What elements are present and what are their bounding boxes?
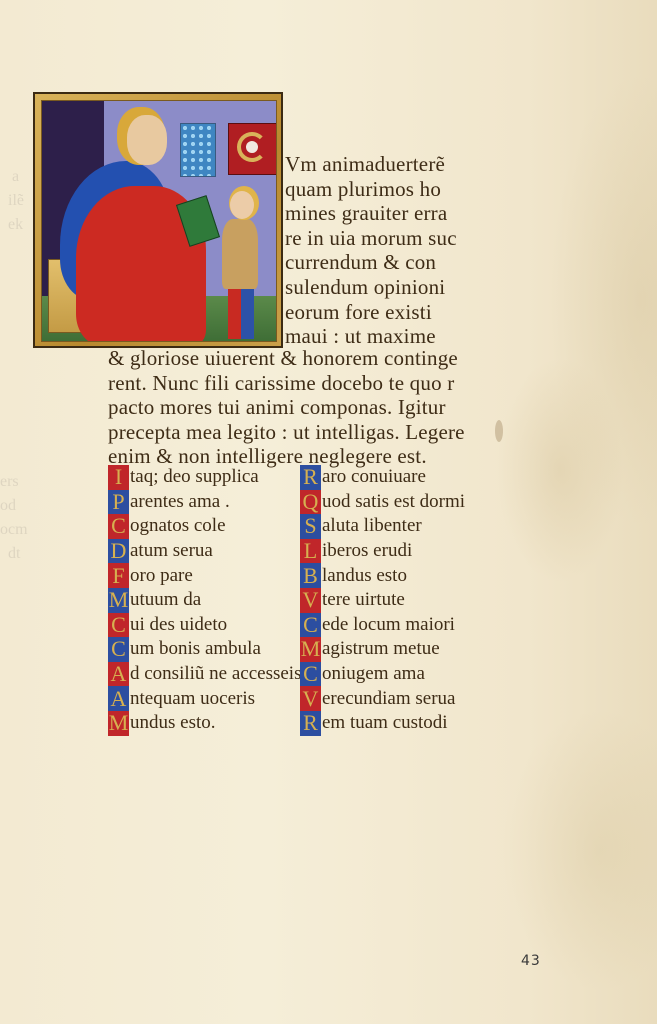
decorated-initial: C bbox=[300, 613, 321, 638]
maxim-line: Blandus esto bbox=[300, 563, 465, 588]
maxim-text: taq; deo supplica bbox=[130, 466, 259, 488]
maxims-left-column: Itaq; deo supplica Parentes ama . Cognat… bbox=[108, 465, 301, 736]
bleed-through-text: ers od ocm dt bbox=[0, 470, 28, 566]
maxim-line: Quod satis est dormi bbox=[300, 490, 465, 515]
folio-number: 43 bbox=[521, 953, 541, 969]
maxim-text: um bonis ambula bbox=[130, 638, 261, 660]
child-legs bbox=[228, 289, 254, 339]
maxim-line: Cui des uideto bbox=[108, 613, 301, 638]
decorated-initial: V bbox=[300, 686, 321, 711]
text-line: rent. Nunc fili carissime docebo te quo … bbox=[108, 371, 465, 396]
text-line: mines grauiter erra bbox=[285, 201, 457, 226]
maxim-line: Cognatos cole bbox=[108, 514, 301, 539]
text-line: precepta mea legito : ut intelligas. Leg… bbox=[108, 420, 465, 445]
decorated-initial: S bbox=[300, 514, 321, 539]
decorated-initial: M bbox=[108, 711, 129, 736]
maxim-text: aro conuiuare bbox=[322, 466, 426, 488]
child-tunic bbox=[222, 219, 258, 289]
teacher-laureate-head bbox=[127, 115, 167, 165]
child-head bbox=[230, 191, 254, 219]
text-line: & gloriose uiuerent & honorem continge bbox=[108, 346, 465, 371]
maxim-line: Coniugem ama bbox=[300, 662, 465, 687]
maxim-line: Raro conuiuare bbox=[300, 465, 465, 490]
maxim-text: oro pare bbox=[130, 565, 193, 587]
decorated-initial: C bbox=[300, 662, 321, 687]
maxim-text: agistrum metue bbox=[322, 638, 440, 660]
maxim-text: iberos erudi bbox=[322, 540, 412, 562]
maxim-text: undus esto. bbox=[130, 712, 216, 734]
manuscript-page: a ilẽ ek ers od ocm dt Vm animaduerterẽ … bbox=[0, 0, 657, 1024]
maxim-text: landus esto bbox=[322, 565, 407, 587]
maxim-text: ntequam uoceris bbox=[130, 688, 255, 710]
maxim-text: ede locum maiori bbox=[322, 614, 455, 636]
decorated-initial: C bbox=[108, 514, 129, 539]
lattice-window bbox=[180, 123, 216, 177]
text-line: re in uia morum suc bbox=[285, 226, 457, 251]
maxim-text: erecundiam serua bbox=[322, 688, 455, 710]
maxim-text: utuum da bbox=[130, 589, 201, 611]
maxim-text: oniugem ama bbox=[322, 663, 425, 685]
decorated-initial: A bbox=[108, 686, 129, 711]
decorated-initial: R bbox=[300, 711, 321, 736]
intro-text-full-width: & gloriose uiuerent & honorem continge r… bbox=[108, 346, 465, 469]
parchment-stain bbox=[495, 420, 503, 442]
decorated-initial: C bbox=[108, 613, 129, 638]
maxim-line: Parentes ama . bbox=[108, 490, 301, 515]
intro-text-beside-miniature: Vm animaduerterẽ quam plurimos ho mines … bbox=[285, 152, 457, 349]
maxim-line: Antequam uoceris bbox=[108, 686, 301, 711]
decorated-initial: R bbox=[300, 465, 321, 490]
decorated-initial: M bbox=[300, 637, 321, 662]
text-line: Vm animaduerterẽ bbox=[285, 152, 457, 177]
maxim-line: Verecundiam serua bbox=[300, 686, 465, 711]
decorated-initial: P bbox=[108, 490, 129, 515]
maxim-line: Datum serua bbox=[108, 539, 301, 564]
maxim-line: Ad consiliũ ne accesseis bbox=[108, 662, 301, 687]
maxim-text: ognatos cole bbox=[130, 515, 226, 537]
maxim-text: tere uirtute bbox=[322, 589, 405, 611]
maxim-line: Vtere uirtute bbox=[300, 588, 465, 613]
maxim-text: uod satis est dormi bbox=[322, 491, 465, 513]
maxim-text: arentes ama . bbox=[130, 491, 230, 513]
maxim-text: atum serua bbox=[130, 540, 213, 562]
maxim-text: aluta libenter bbox=[322, 515, 422, 537]
text-line: eorum fore existi bbox=[285, 300, 457, 325]
text-line: currendum & con bbox=[285, 250, 457, 275]
maxims-right-column: Raro conuiuare Quod satis est dormi Salu… bbox=[300, 465, 465, 736]
decorated-initial: B bbox=[300, 563, 321, 588]
maxim-text: d consiliũ ne accesseis bbox=[130, 663, 301, 685]
maxim-line: Mundus esto. bbox=[108, 711, 301, 736]
maxim-line: Rem tuam custodi bbox=[300, 711, 465, 736]
decorated-initial: V bbox=[300, 588, 321, 613]
decorated-initial: F bbox=[108, 563, 129, 588]
decorated-initial: C bbox=[108, 637, 129, 662]
decorated-initial: Q bbox=[300, 490, 321, 515]
bleed-through-text: a ilẽ ek bbox=[0, 165, 24, 237]
miniature-scene bbox=[41, 100, 277, 342]
decorated-initial: L bbox=[300, 539, 321, 564]
text-line: pacto mores tui animi componas. Igitur bbox=[108, 395, 465, 420]
text-line: sulendum opinioni bbox=[285, 275, 457, 300]
maxim-text: em tuam custodi bbox=[322, 712, 448, 734]
maxim-line: Itaq; deo supplica bbox=[108, 465, 301, 490]
illuminated-miniature bbox=[33, 92, 283, 348]
maxim-line: Liberos erudi bbox=[300, 539, 465, 564]
decorated-initial: A bbox=[108, 662, 129, 687]
maxim-line: Magistrum metue bbox=[300, 637, 465, 662]
maxim-line: Cum bonis ambula bbox=[108, 637, 301, 662]
maxim-line: Foro pare bbox=[108, 563, 301, 588]
decorated-initial: I bbox=[108, 465, 129, 490]
maxim-text: ui des uideto bbox=[130, 614, 227, 636]
maxim-line: Cede locum maiori bbox=[300, 613, 465, 638]
red-emblem-initial-c bbox=[228, 123, 277, 175]
maxim-line: Saluta libenter bbox=[300, 514, 465, 539]
decorated-initial: D bbox=[108, 539, 129, 564]
text-line: quam plurimos ho bbox=[285, 177, 457, 202]
decorated-initial: M bbox=[108, 588, 129, 613]
maxim-line: Mutuum da bbox=[108, 588, 301, 613]
